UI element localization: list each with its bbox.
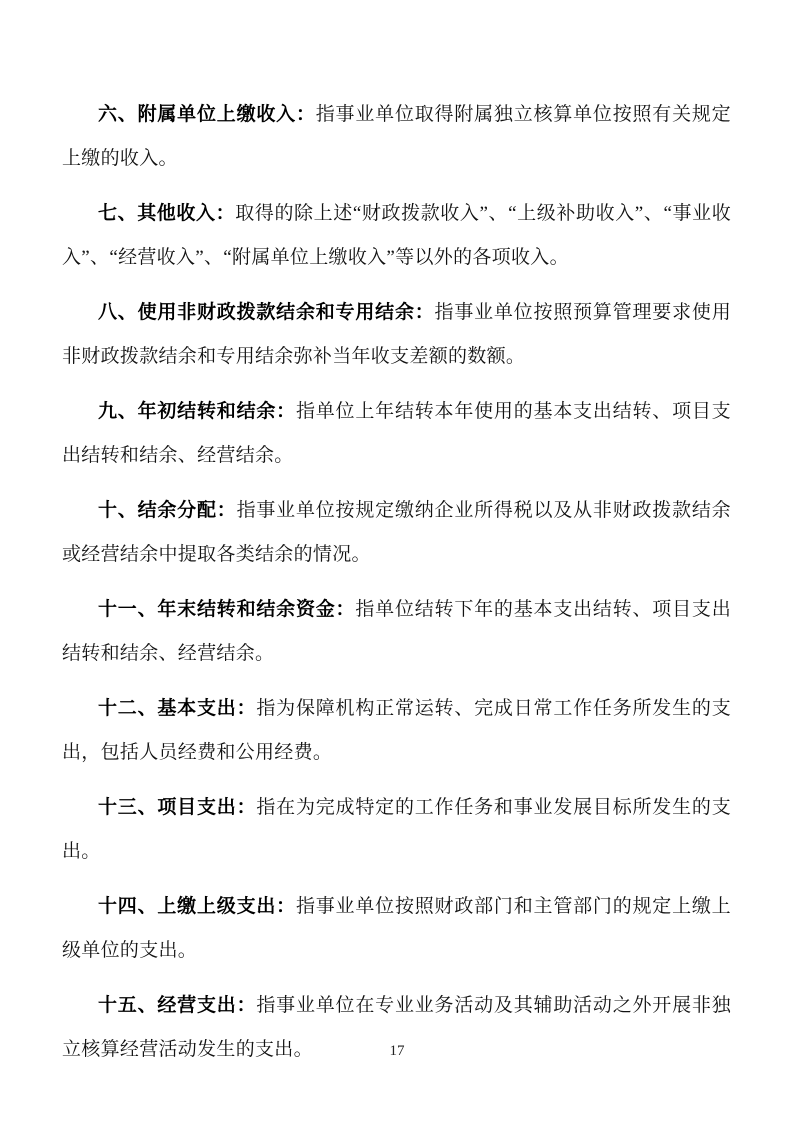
term-label: 十五、经营支出： [98,995,256,1016]
definition-paragraph: 十二、基本支出：指为保障机构正常运转、完成日常工作任务所发生的支出，包括人员经费… [62,687,731,775]
definition-paragraph: 十一、年末结转和结余资金：指单位结转下年的基本支出结转、项目支出结转和结余、经营… [62,588,731,676]
term-label: 九、年初结转和结余： [98,401,296,422]
definition-paragraph: 七、其他收入：取得的除上述“财政拨款收入”、“上级补助收入”、“事业收入”、“经… [62,192,731,280]
definition-paragraph: 八、使用非财政拨款结余和专用结余：指事业单位按照预算管理要求使用非财政拨款结余和… [62,291,731,379]
page-number: 17 [0,1041,794,1061]
term-label: 六、附属单位上缴收入： [98,104,316,125]
definition-paragraph: 十三、项目支出：指在为完成特定的工作任务和事业发展目标所发生的支出。 [62,786,731,874]
term-label: 十四、上缴上级支出： [98,896,296,917]
term-label: 八、使用非财政拨款结余和专用结余： [98,302,435,323]
term-label: 七、其他收入： [98,203,235,224]
term-label: 十三、项目支出： [98,797,256,818]
definition-paragraph: 六、附属单位上缴收入：指事业单位取得附属独立核算单位按照有关规定上缴的收入。 [62,93,731,181]
document-page: 六、附属单位上缴收入：指事业单位取得附属独立核算单位按照有关规定上缴的收入。 七… [0,0,794,1123]
document-body: 六、附属单位上缴收入：指事业单位取得附属独立核算单位按照有关规定上缴的收入。 七… [62,93,731,1083]
definition-paragraph: 十四、上缴上级支出：指事业单位按照财政部门和主管部门的规定上缴上级单位的支出。 [62,885,731,973]
term-label: 十一、年末结转和结余资金： [98,599,355,620]
definition-paragraph: 十、结余分配：指事业单位按规定缴纳企业所得税以及从非财政拨款结余或经营结余中提取… [62,489,731,577]
term-label: 十二、基本支出： [98,698,256,719]
term-label: 十、结余分配： [98,500,237,521]
definition-paragraph: 九、年初结转和结余：指单位上年结转本年使用的基本支出结转、项目支出结转和结余、经… [62,390,731,478]
